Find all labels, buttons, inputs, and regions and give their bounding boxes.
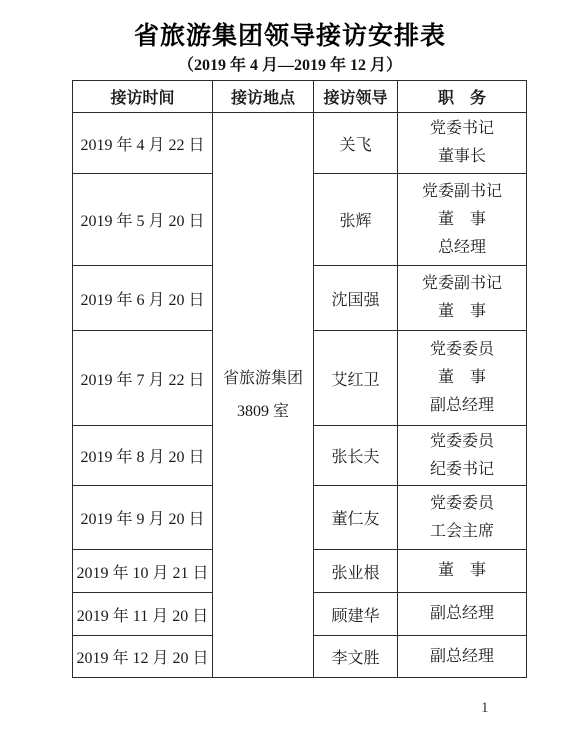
position-line: 董 事: [398, 557, 526, 585]
header-time: 接访时间: [73, 81, 213, 113]
time-cell: 2019 年 4 月 22 日: [73, 113, 213, 174]
time-cell: 2019 年 8 月 20 日: [73, 426, 213, 486]
leader-cell: 沈国强: [314, 266, 398, 331]
header-location: 接访地点: [213, 81, 314, 113]
position-line: 党委副书记: [398, 270, 526, 298]
time-cell: 2019 年 9 月 20 日: [73, 486, 213, 550]
position-cell: 党委书记 董事长: [398, 113, 527, 174]
reception-schedule-table: 接访时间 接访地点 接访领导 职 务 2019 年 4 月 22 日 省旅游集团…: [72, 80, 527, 678]
position-line: 党委副书记: [398, 178, 526, 206]
leader-cell: 李文胜: [314, 636, 398, 678]
position-cell: 党委委员 工会主席: [398, 486, 527, 550]
position-line: 董 事: [398, 298, 526, 326]
position-line: 党委书记: [398, 115, 526, 143]
time-cell: 2019 年 11 月 20 日: [73, 593, 213, 636]
position-cell: 党委委员 董 事 副总经理: [398, 331, 527, 426]
time-cell: 2019 年 7 月 22 日: [73, 331, 213, 426]
leader-cell: 张辉: [314, 174, 398, 266]
page-subtitle: （2019 年 4 月—2019 年 12 月）: [0, 52, 580, 75]
position-line: 董事长: [398, 143, 526, 171]
table-header-row: 接访时间 接访地点 接访领导 职 务: [73, 81, 527, 113]
location-line: 省旅游集团: [213, 362, 313, 395]
time-cell: 2019 年 6 月 20 日: [73, 266, 213, 331]
location-line: 3809 室: [213, 395, 313, 428]
leader-cell: 张业根: [314, 550, 398, 593]
position-cell: 副总经理: [398, 593, 527, 636]
position-line: 工会主席: [398, 518, 526, 546]
time-cell: 2019 年 12 月 20 日: [73, 636, 213, 678]
position-line: 副总经理: [398, 643, 526, 671]
page-number: 1: [481, 700, 489, 717]
position-cell: 副总经理: [398, 636, 527, 678]
table-row: 2019 年 4 月 22 日 省旅游集团 3809 室 关飞 党委书记 董事长: [73, 113, 527, 174]
leader-cell: 张长夫: [314, 426, 398, 486]
position-line: 董 事: [398, 364, 526, 392]
position-line: 董 事: [398, 206, 526, 234]
time-cell: 2019 年 10 月 21 日: [73, 550, 213, 593]
position-line: 副总经理: [398, 600, 526, 628]
leader-cell: 艾红卫: [314, 331, 398, 426]
page-title: 省旅游集团领导接访安排表: [0, 16, 580, 52]
time-cell: 2019 年 5 月 20 日: [73, 174, 213, 266]
position-cell: 党委副书记 董 事 总经理: [398, 174, 527, 266]
leader-cell: 董仁友: [314, 486, 398, 550]
position-cell: 董 事: [398, 550, 527, 593]
document-page: { "page": { "title": "省旅游集团领导接访安排表", "su…: [0, 0, 580, 729]
position-line: 总经理: [398, 234, 526, 262]
position-line: 党委委员: [398, 428, 526, 456]
position-line: 党委委员: [398, 490, 526, 518]
header-position: 职 务: [398, 81, 527, 113]
position-line: 党委委员: [398, 336, 526, 364]
leader-cell: 顾建华: [314, 593, 398, 636]
leader-cell: 关飞: [314, 113, 398, 174]
header-leader: 接访领导: [314, 81, 398, 113]
position-cell: 党委副书记 董 事: [398, 266, 527, 331]
location-cell: 省旅游集团 3809 室: [213, 113, 314, 678]
position-line: 副总经理: [398, 392, 526, 420]
position-cell: 党委委员 纪委书记: [398, 426, 527, 486]
position-line: 纪委书记: [398, 456, 526, 484]
